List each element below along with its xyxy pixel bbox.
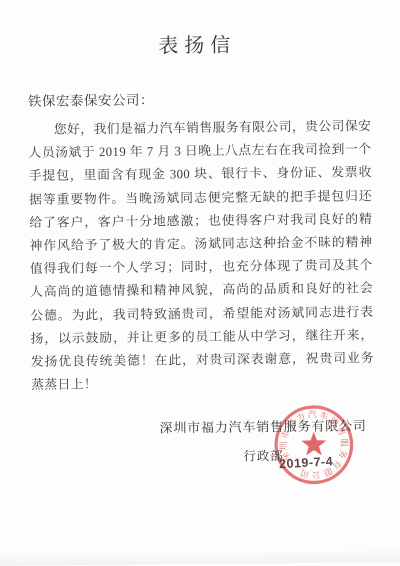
signature-block: 深圳市福力汽车销售服务有限公司 行政部 [160,415,368,465]
letter-title: 表扬信 [0,27,397,61]
seal-date-stamp: 2019-7-4 [279,454,334,471]
signature-department: 行政部 [160,445,367,465]
signature-company: 深圳市福力汽车销售服务有限公司 [160,415,367,436]
letter-page: 表扬信 铁保宏泰保安公司： 您好，我们是福力汽车销售服务有限公司，贵公司保安人员… [0,0,400,566]
letter-salutation: 铁保宏泰保安公司： [28,86,370,110]
letter-body: 您好，我们是福力汽车销售服务有限公司，贵公司保安人员汤斌于 2019 年 7 月… [28,115,374,397]
